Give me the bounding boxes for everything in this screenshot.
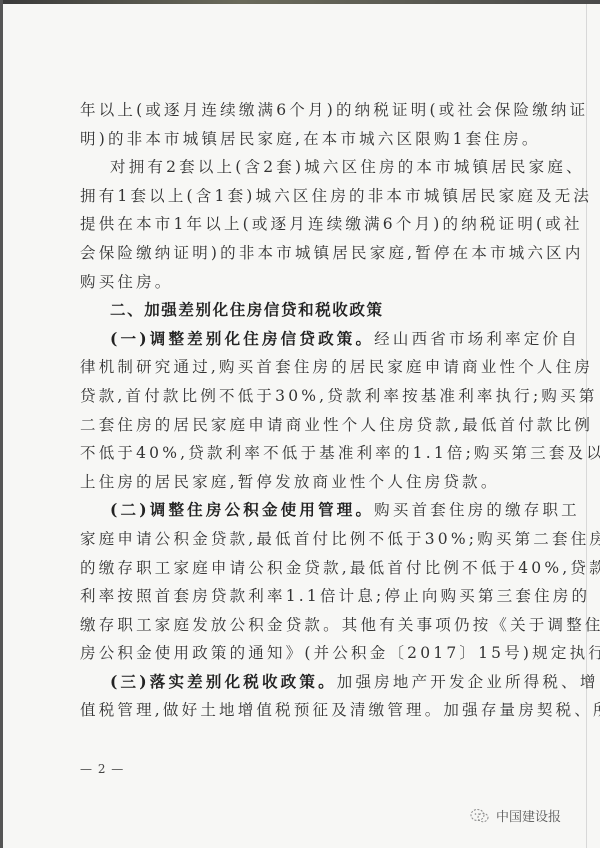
item-text: 加强房地产开发企业所得税、增 — [337, 673, 599, 691]
text-line: 提供在本市1年以上(或逐月连续缴满6个月)的纳税证明(或社 — [80, 210, 526, 239]
page-number: — 2 — — [80, 762, 124, 776]
text-line: 家庭申请公积金贷款,最低首付比例不低于30%;购买第二套住房 — [80, 525, 526, 554]
text-line: (二)调整住房公积金使用管理。购买首套住房的缴存职工 — [80, 496, 526, 525]
wechat-icon — [470, 808, 490, 824]
item-title: (三)落实差别化税收政策。 — [110, 672, 337, 691]
item-text: 经山西省市场利率定价自 — [374, 330, 580, 348]
document-page: 年以上(或逐月连续缴满6个月)的纳税证明(或社会保险缴纳证 明)的非本市城镇居民… — [80, 96, 526, 725]
item-text: 购买首套住房的缴存职工 — [374, 501, 580, 519]
text-line: 值税管理,做好土地增值税预征及清缴管理。加强存量房契税、所 — [80, 696, 526, 725]
item-title: (一)调整差别化住房信贷政策。 — [110, 329, 374, 348]
watermark-text: 中国建设报 — [496, 806, 561, 825]
text-line: 明)的非本市城镇居民家庭,在本市城六区限购1套住房。 — [80, 125, 526, 154]
text-line: 对拥有2套以上(含2套)城六区住房的本市城镇居民家庭、 — [80, 153, 526, 182]
paragraph-tax-policy: (三)落实差别化税收政策。加强房地产开发企业所得税、增 值税管理,做好土地增值税… — [80, 668, 526, 725]
text-line: 贷款,首付款比例不低于30%,贷款利率按基准利率执行;购买第 — [80, 382, 526, 411]
text-line: 二套住房的居民家庭申请商业性个人住房贷款,最低首付款比例 — [80, 411, 526, 440]
paragraph-restriction: 对拥有2套以上(含2套)城六区住房的本市城镇居民家庭、 拥有1套以上(含1套)城… — [80, 153, 526, 296]
text-line: 上住房的居民家庭,暂停发放商业性个人住房贷款。 — [80, 468, 526, 497]
text-line: 律机制研究通过,购买首套住房的居民家庭申请商业性个人住房 — [80, 353, 526, 382]
text-line: 的缴存职工家庭申请公积金贷款,最低首付比例不低于40%,贷款 — [80, 554, 526, 583]
source-watermark: 中国建设报 — [470, 806, 561, 825]
text-line: 利率按照首套房贷款利率1.1倍计息;停止向购买第三套住房的 — [80, 582, 526, 611]
scan-top-edge — [0, 0, 600, 4]
paragraph-provident-fund: (二)调整住房公积金使用管理。购买首套住房的缴存职工 家庭申请公积金贷款,最低首… — [80, 496, 526, 668]
text-line: 房公积金使用政策的通知》(并公积金〔2017〕15号)规定执行。 — [80, 639, 526, 668]
text-line: 年以上(或逐月连续缴满6个月)的纳税证明(或社会保险缴纳证 — [80, 96, 526, 125]
text-line: 拥有1套以上(含1套)城六区住房的非本市城镇居民家庭及无法 — [80, 182, 526, 211]
text-line: 缴存职工家庭发放公积金贷款。其他有关事项仍按《关于调整住 — [80, 611, 526, 640]
text-line: 购买住房。 — [80, 268, 526, 297]
scan-left-edge — [0, 0, 3, 848]
paragraph-credit-policy: (一)调整差别化住房信贷政策。经山西省市场利率定价自 律机制研究通过,购买首套住… — [80, 325, 526, 497]
text-line: 不低于40%,贷款利率不低于基准利率的1.1倍;购买第三套及以 — [80, 439, 526, 468]
text-line: 会保险缴纳证明)的非本市城镇居民家庭,暂停在本市城六区内 — [80, 239, 526, 268]
item-title: (二)调整住房公积金使用管理。 — [110, 500, 374, 519]
section-heading: 二、加强差别化住房信贷和税收政策 — [80, 296, 526, 325]
text-line: (三)落实差别化税收政策。加强房地产开发企业所得税、增 — [80, 668, 526, 697]
text-line: (一)调整差别化住房信贷政策。经山西省市场利率定价自 — [80, 325, 526, 354]
